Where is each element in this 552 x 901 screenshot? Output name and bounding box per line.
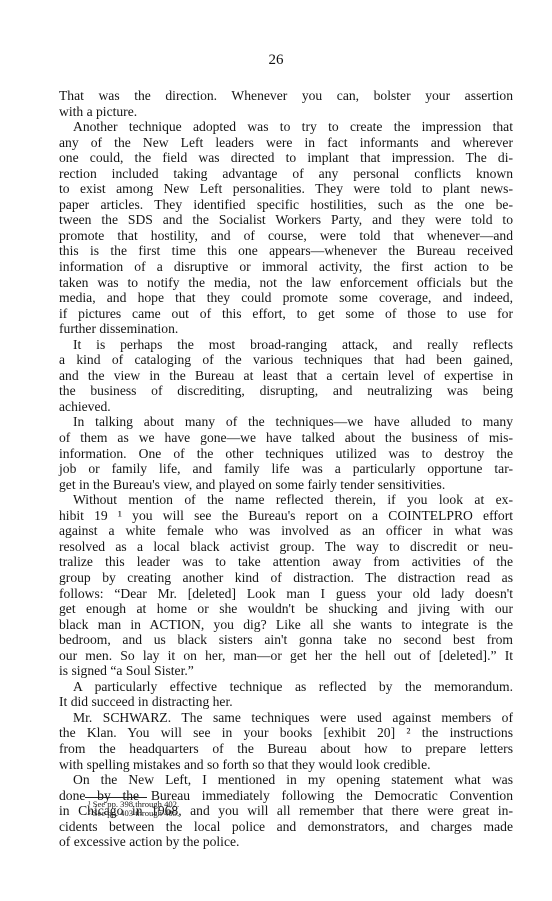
- text-line: any of the New Left leaders were in fact…: [59, 135, 513, 151]
- text-line: our men. So lay it on her, man—or get he…: [59, 648, 513, 664]
- text-line: media, and hope that they could promote …: [59, 290, 513, 306]
- text-line: from the headquarters of the Bureau abou…: [59, 741, 513, 757]
- text-line: with a picture.: [59, 104, 513, 120]
- text-line: It is perhaps the most broad-ranging att…: [59, 337, 513, 353]
- text-line: taken was to notify the media, not the l…: [59, 275, 513, 291]
- text-line: It did succeed in distracting her.: [59, 694, 513, 710]
- text-line: further dissemination.: [59, 321, 513, 337]
- text-line: On the New Left, I mentioned in my openi…: [59, 772, 513, 788]
- text-line: group by creating another kind of distra…: [59, 570, 513, 586]
- text-line: the business of discrediting, disrupting…: [59, 383, 513, 399]
- text-line: of them as we have gone—we have talked a…: [59, 430, 513, 446]
- text-line: promote that hostility, and of course, w…: [59, 228, 513, 244]
- footnotes: ¹ See pp. 398 through 402.² See pp. 403 …: [88, 800, 179, 818]
- text-line: That was the direction. Whenever you can…: [59, 88, 513, 104]
- text-line: to exist among New Left personalities. T…: [59, 181, 513, 197]
- text-line: rection included taking advantage of any…: [59, 166, 513, 182]
- text-line: tween the SDS and the Socialist Workers …: [59, 212, 513, 228]
- text-line: is signed “a Soul Sister.”: [59, 663, 513, 679]
- text-line: cidents between the local police and dem…: [59, 819, 513, 835]
- text-line: paper articles. They identified specific…: [59, 197, 513, 213]
- text-line: A particularly effective technique as re…: [59, 679, 513, 695]
- text-line: against a white female who was involved …: [59, 523, 513, 539]
- text-line: Without mention of the name reflected th…: [59, 492, 513, 508]
- text-line: one could, the field was directed to imp…: [59, 150, 513, 166]
- text-line: achieved.: [59, 399, 513, 415]
- text-line: In talking about many of the techniques—…: [59, 414, 513, 430]
- text-line: black man in ACTION, you dig? Like all s…: [59, 617, 513, 633]
- footnote-divider: [85, 797, 147, 798]
- body-text: That was the direction. Whenever you can…: [59, 88, 513, 850]
- text-line: this is the first time this one appears—…: [59, 243, 513, 259]
- text-line: of excessive action by the police.: [59, 834, 513, 850]
- page-number: 26: [0, 52, 552, 69]
- text-line: bedroom, and us black sisters ain't gonn…: [59, 632, 513, 648]
- text-line: hibit 19 ¹ you will see the Bureau's rep…: [59, 508, 513, 524]
- text-line: tralize this leader was to take attentio…: [59, 554, 513, 570]
- text-line: follows: “Dear Mr. [deleted] Look man I …: [59, 586, 513, 602]
- text-line: get enough at home or she wouldn't be sh…: [59, 601, 513, 617]
- text-line: resolved as a local black activist group…: [59, 539, 513, 555]
- text-line: with spelling mistakes and so forth so t…: [59, 757, 513, 773]
- text-line: and the view in the Bureau at least that…: [59, 368, 513, 384]
- text-line: job or family life, and family life was …: [59, 461, 513, 477]
- text-line: if pictures came out of this effort, to …: [59, 306, 513, 322]
- text-line: Mr. SCHWARZ. The same techniques were us…: [59, 710, 513, 726]
- text-line: information of a disruptive or immoral a…: [59, 259, 513, 275]
- text-line: a kind of cataloging of the various tech…: [59, 352, 513, 368]
- text-line: Another technique adopted was to try to …: [59, 119, 513, 135]
- footnote-2: ² See pp. 403 through 405.: [88, 809, 179, 818]
- text-line: the Klan. You will see in your books [ex…: [59, 725, 513, 741]
- text-line: get in the Bureau's view, and played on …: [59, 477, 513, 493]
- text-line: information. One of the other techniques…: [59, 446, 513, 462]
- document-page: 26 That was the direction. Whenever you …: [0, 0, 552, 901]
